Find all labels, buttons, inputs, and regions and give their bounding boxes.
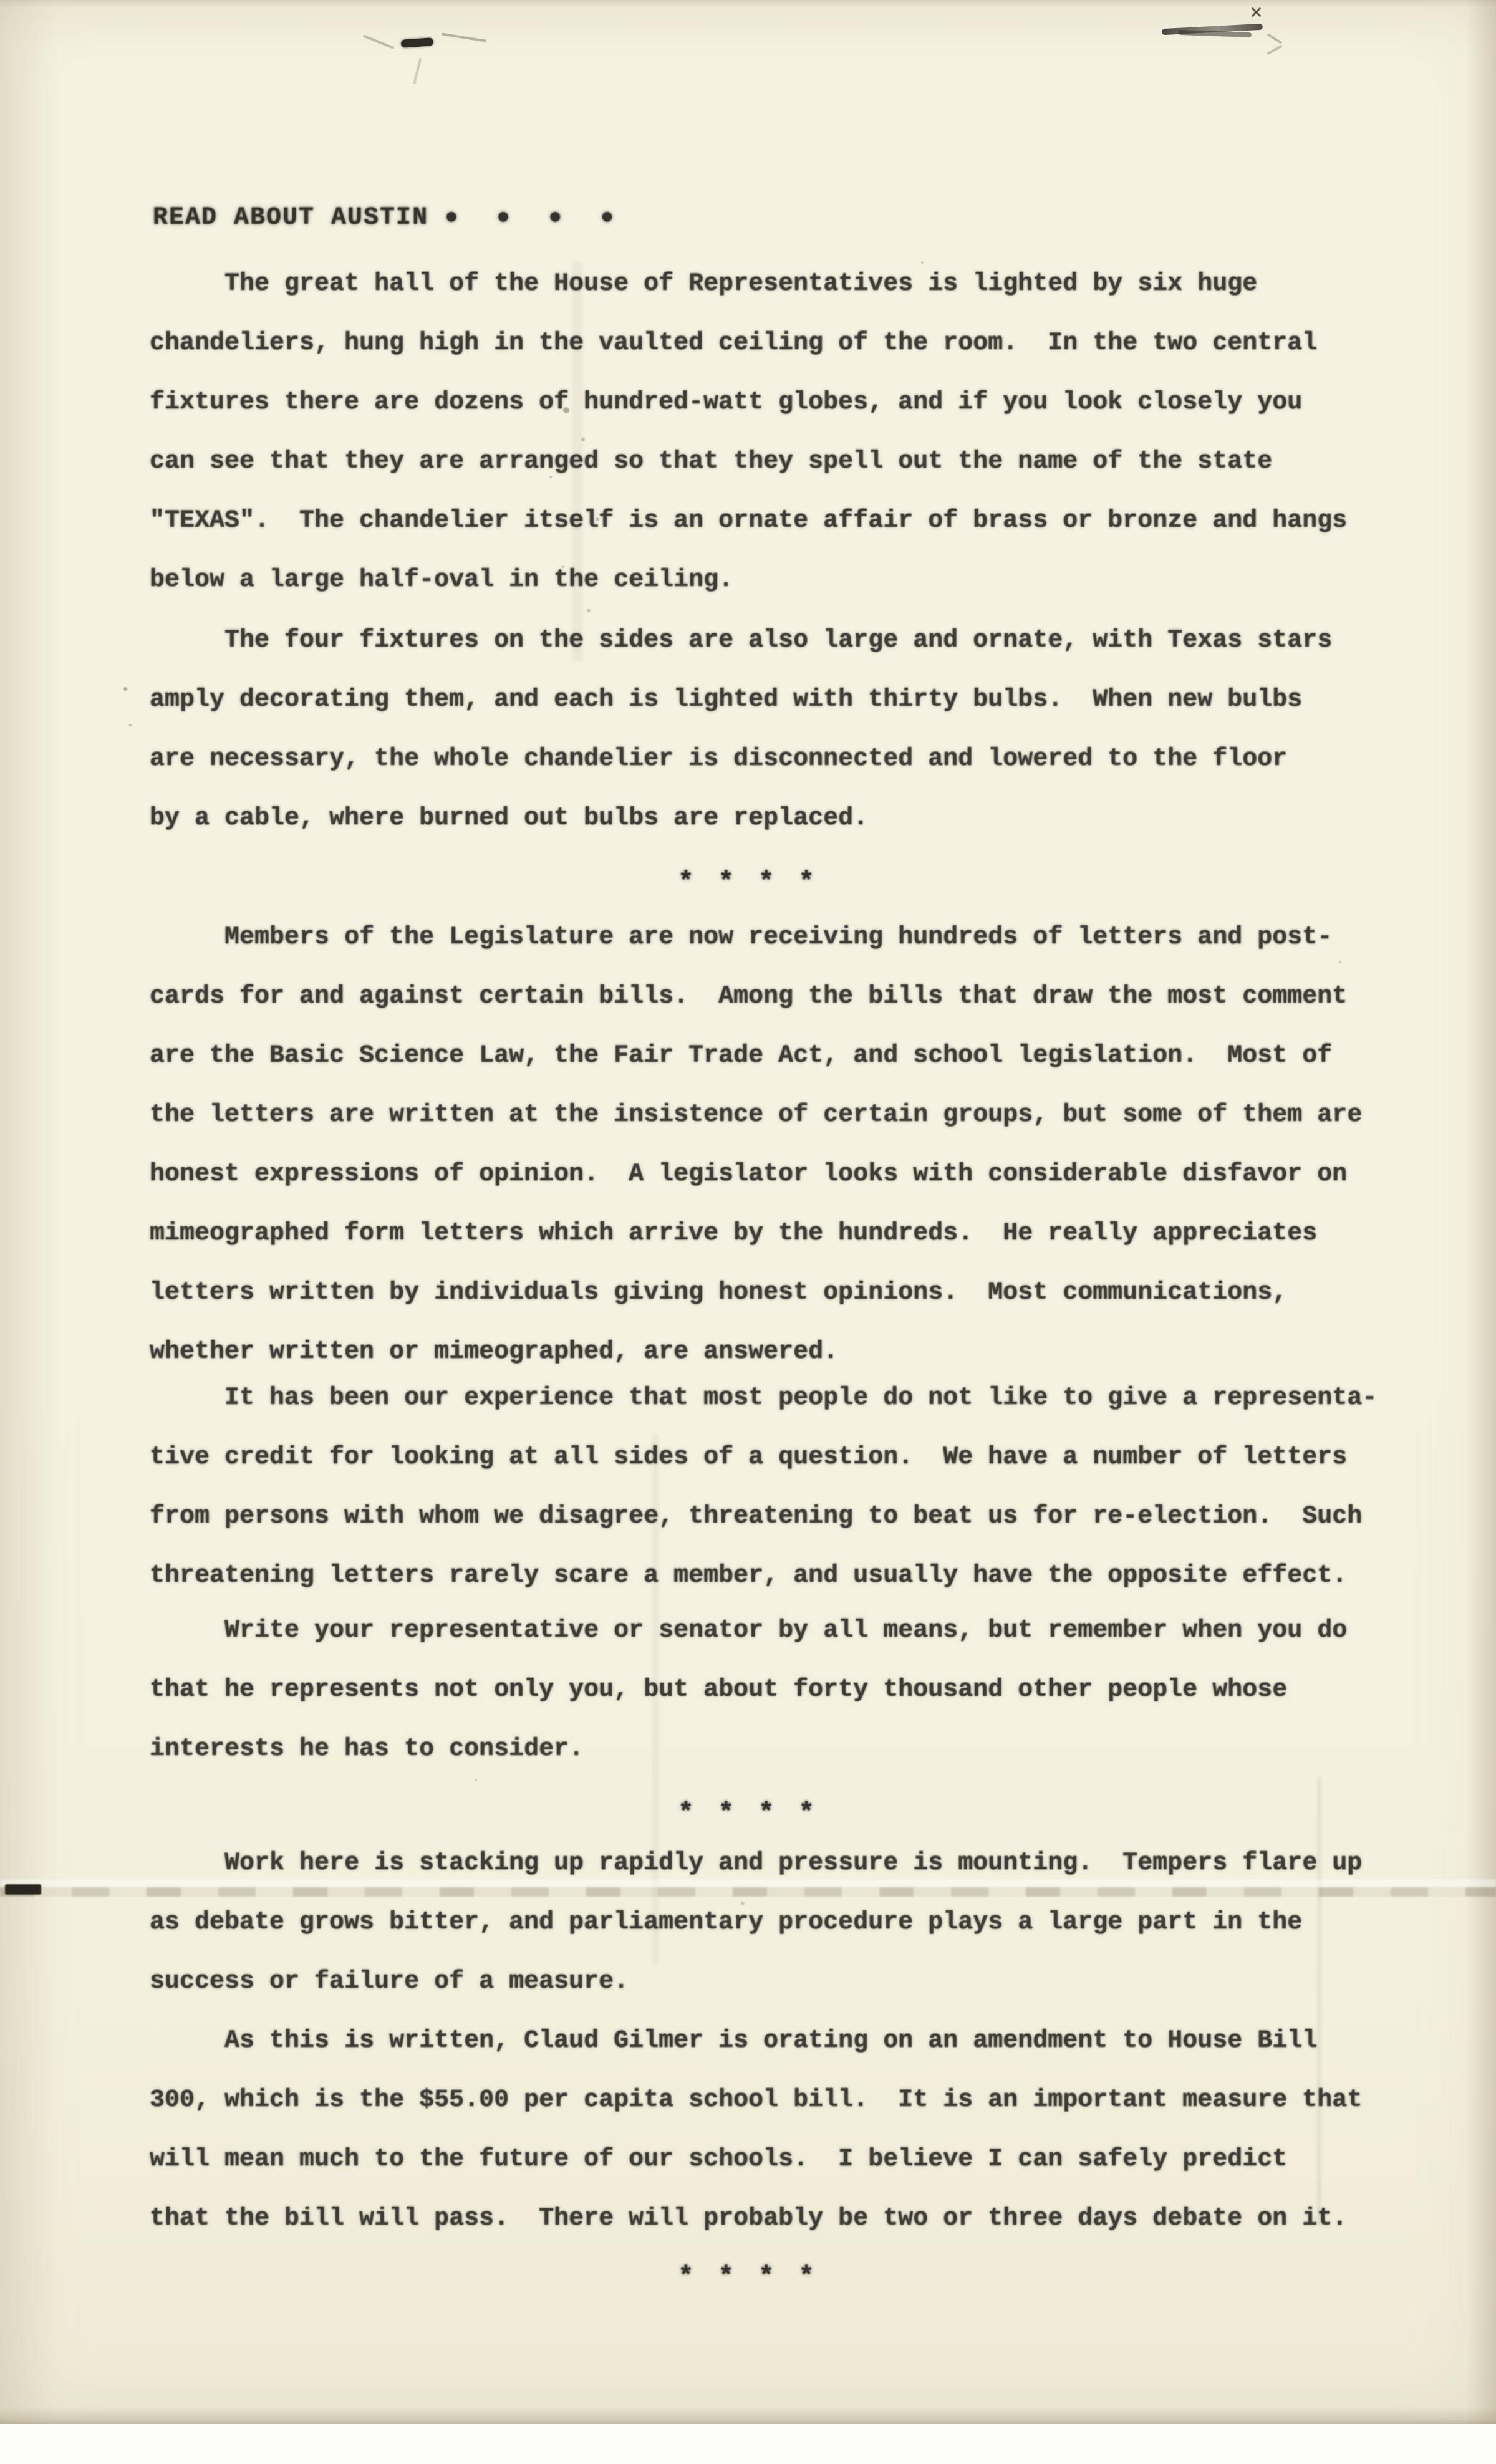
scanner-background-strip (0, 2424, 1496, 2464)
paper-edge-top-shading (0, 0, 1496, 7)
document-title: READ ABOUT AUSTIN● ● ● ● (153, 204, 626, 232)
paper-bottom-edge-shadow (0, 2407, 1496, 2424)
fold-crease-highlight (0, 1880, 1496, 1887)
paper-edge-left-shading (0, 0, 59, 2424)
pencil-stroke (355, 35, 394, 69)
paragraph-credit: It has been our experience that most peo… (150, 1369, 1387, 1605)
title-text: READ ABOUT AUSTIN (153, 204, 428, 232)
dust-specks (0, 0, 4, 4)
paragraph-chandeliers: The great hall of the House of Represent… (150, 254, 1387, 610)
pencil-stroke (413, 58, 437, 88)
title-dots: ● ● ● ● (445, 205, 626, 230)
paragraph-house-bill-300: As this is written, Claud Gilmer is orat… (150, 2011, 1387, 2248)
fold-edge-ink-blob (5, 1884, 41, 1895)
paper-sheet: READ ABOUT AUSTIN● ● ● ● The great hall … (0, 0, 1496, 2424)
pencil-stroke (1267, 45, 1283, 55)
pencil-stroke (440, 32, 486, 48)
fold-crease (0, 1887, 1496, 1897)
pencil-stroke (1267, 33, 1282, 44)
paragraph-write-representative: Write your representative or senator by … (150, 1601, 1387, 1779)
ink-dash-mark (401, 37, 434, 48)
paragraph-letters: Members of the Legislature are now recei… (150, 908, 1387, 1382)
paragraph-side-fixtures: The four fixtures on the sides are also … (150, 611, 1387, 848)
section-separator: * * * * (150, 853, 1347, 912)
paper-edge-right-shading (1466, 0, 1496, 2424)
section-separator: * * * * (150, 2248, 1347, 2307)
paragraph-work-pressure: Work here is stacking up rapidly and pre… (150, 1834, 1387, 2011)
pencil-scribble-top-center (359, 24, 502, 92)
ink-scribble (1178, 30, 1252, 37)
pencil-scribble-top-right (1157, 7, 1306, 89)
